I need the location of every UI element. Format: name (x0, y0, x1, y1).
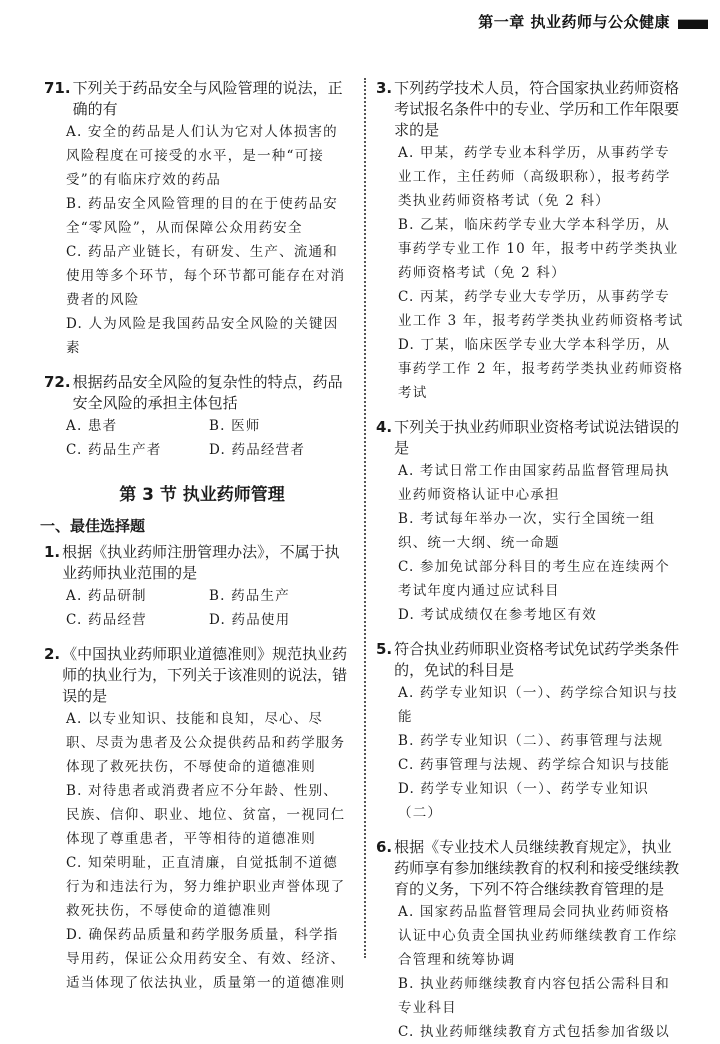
option-c: C. 药品产业链长，有研发、生产、流通和使用等多个环节，每个环节都可能存在对消费… (52, 240, 352, 312)
question-stem: 根据药品安全风险的复杂性的特点，药品安全风险的承担主体包括 (73, 372, 352, 414)
question-3: 3.下列药学技术人员，符合国家执业药师资格考试报名条件中的专业、学历和工作年限要… (384, 78, 684, 405)
section-title: 第 3 节 执业药师管理 (52, 480, 352, 505)
option-a: A. 患者 (66, 414, 209, 438)
question-number: 5. (376, 639, 394, 681)
option-c: C. 药品生产者 (66, 438, 209, 462)
question-4: 4.下列关于执业药师职业资格考试说法错误的是 A. 考试日常工作由国家药品监督管… (384, 417, 684, 627)
option-c: C. 药事管理与法规、药学综合知识与技能 (384, 753, 684, 777)
question-number: 1. (44, 542, 62, 584)
option-d: D. 考试成绩仅在参考地区有效 (384, 603, 684, 627)
option-b: B. 乙某，临床药学专业大学本科学历，从事药学专业工作 10 年，报考中药学类执… (384, 213, 684, 285)
chapter-title: 第一章 执业药师与公众健康 (478, 11, 670, 32)
option-a: A. 考试日常工作由国家药品监督管理局执业药师资格认证中心承担 (384, 459, 684, 507)
question-1: 1.根据《执业药师注册管理办法》，不属于执业药师执业范围的是 A. 药品研制 B… (52, 542, 352, 632)
option-b: B. 对待患者或消费者应不分年龄、性别、民族、信仰、职业、地位、贫富，一视同仁体… (52, 779, 352, 851)
option-grid: A. 患者 B. 医师 C. 药品生产者 D. 药品经营者 (52, 414, 352, 462)
question-number: 6. (376, 837, 394, 900)
option-a: A. 以专业知识、技能和良知，尽心、尽职、尽责为患者及公众提供药品和药学服务体现… (52, 707, 352, 779)
option-c: C. 药品经营 (66, 608, 209, 632)
question-72: 72.根据药品安全风险的复杂性的特点，药品安全风险的承担主体包括 A. 患者 B… (52, 372, 352, 462)
question-6: 6.根据《专业技术人员继续教育规定》，执业药师享有参加继续教育的权利和接受继续教… (384, 837, 684, 1044)
question-number: 71. (44, 78, 73, 120)
question-stem: 根据《执业药师注册管理办法》，不属于执业药师执业范围的是 (62, 542, 352, 584)
option-grid: A. 药品研制 B. 药品生产 C. 药品经营 D. 药品使用 (52, 584, 352, 632)
option-b: B. 药品生产 (209, 584, 352, 608)
question-stem: 《中国执业药师职业道德准则》规范执业药师的执业行为，下列关于该准则的说法，错误的… (62, 644, 352, 707)
question-2: 2.《中国执业药师职业道德准则》规范执业药师的执业行为，下列关于该准则的说法，错… (52, 644, 352, 995)
option-c: C. 参加免试部分科目的考生应在连续两个考试年度内通过应试科目 (384, 555, 684, 603)
option-a: A. 国家药品监督管理局会同执业药师资格认证中心负责全国执业药师继续教育工作综合… (384, 900, 684, 972)
question-number: 72. (44, 372, 73, 414)
option-c: C. 知荣明耻，正直清廉，自觉抵制不道德行为和违法行为，努力维护职业声誉体现了救… (52, 851, 352, 923)
question-5: 5.符合执业药师职业资格考试免试药学类条件的，免试的科目是 A. 药学专业知识（… (384, 639, 684, 825)
option-b: B. 药学专业知识（二）、药事管理与法规 (384, 729, 684, 753)
option-b: B. 执业药师继续教育内容包括公需科目和专业科目 (384, 972, 684, 1020)
option-b: B. 医师 (209, 414, 352, 438)
option-c: C. 丙某，药学专业大专学历，从事药学专业工作 3 年，报考药学类执业药师资格考… (384, 285, 684, 333)
subsection-title: 一、最佳选择题 (40, 515, 352, 536)
option-d: D. 药品使用 (209, 608, 352, 632)
question-number: 2. (44, 644, 62, 707)
page-header: 第一章 执业药师与公众健康 (478, 8, 708, 34)
option-b: B. 药品安全风险管理的目的在于使药品安全“零风险”，从而保障公众用药安全 (52, 192, 352, 240)
question-stem: 下列关于药品安全与风险管理的说法，正确的有 (73, 78, 352, 120)
question-number: 3. (376, 78, 394, 141)
page-body: 71.下列关于药品安全与风险管理的说法，正确的有 A. 安全的药品是人们认为它对… (52, 78, 698, 1004)
option-d: D. 确保药品质量和药学服务质量，科学指导用药，保证公众用药安全、有效、经济、适… (52, 923, 352, 995)
option-c: C. 执业药师继续教育方式包括参加省级以 (384, 1020, 684, 1044)
option-a: A. 甲某，药学专业本科学历，从事药学专业工作，主任药师（高级职称），报考药学类… (384, 141, 684, 213)
option-d: D. 人为风险是我国药品安全风险的关键因素 (52, 312, 352, 360)
option-d: D. 药品经营者 (209, 438, 352, 462)
option-d: D. 丁某，临床医学专业大学本科学历，从事药学工作 2 年，报考药学类执业药师资… (384, 333, 684, 405)
question-stem: 下列关于执业药师职业资格考试说法错误的是 (394, 417, 684, 459)
left-column: 71.下列关于药品安全与风险管理的说法，正确的有 A. 安全的药品是人们认为它对… (52, 78, 364, 1004)
option-b: B. 考试每年举办一次，实行全国统一组织、统一大纲、统一命题 (384, 507, 684, 555)
question-number: 4. (376, 417, 394, 459)
chapter-badge-icon (678, 13, 708, 29)
question-stem: 根据《专业技术人员继续教育规定》，执业药师享有参加继续教育的权利和接受继续教育的… (394, 837, 684, 900)
option-a: A. 药品研制 (66, 584, 209, 608)
right-column: 3.下列药学技术人员，符合国家执业药师资格考试报名条件中的专业、学历和工作年限要… (366, 78, 684, 1004)
question-71: 71.下列关于药品安全与风险管理的说法，正确的有 A. 安全的药品是人们认为它对… (52, 78, 352, 360)
option-d: D. 药学专业知识（一）、药学专业知识（二） (384, 777, 684, 825)
option-a: A. 安全的药品是人们认为它对人体损害的风险程度在可接受的水平，是一种“可接受”… (52, 120, 352, 192)
option-a: A. 药学专业知识（一）、药学综合知识与技能 (384, 681, 684, 729)
question-stem: 符合执业药师职业资格考试免试药学类条件的，免试的科目是 (394, 639, 684, 681)
question-stem: 下列药学技术人员，符合国家执业药师资格考试报名条件中的专业、学历和工作年限要求的… (394, 78, 684, 141)
